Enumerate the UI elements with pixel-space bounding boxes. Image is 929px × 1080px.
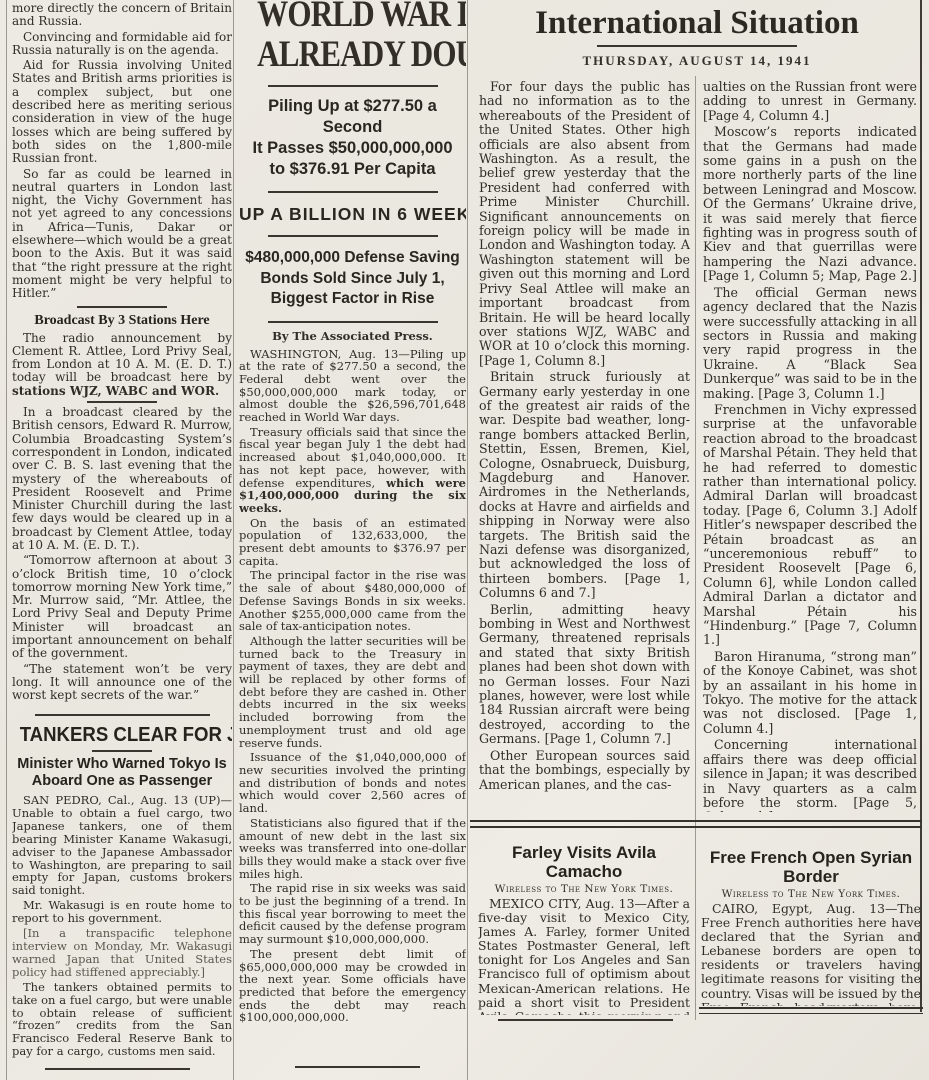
article-paragraph: The official German news agency declared… — [703, 286, 917, 401]
tankers-article: TANKERS CLEAR FOR JAPAN Minister Who War… — [12, 724, 232, 1066]
article-paragraph: Other European sources said that the bom… — [479, 749, 690, 792]
article-end-double-rule — [699, 1007, 923, 1014]
deck-line: $480,000,000 Defense Saving — [239, 248, 466, 269]
intl-left-column: For four days the public has had no info… — [479, 80, 690, 812]
deck-line: Piling Up at $277.50 a Second — [239, 96, 466, 138]
article-paragraph: [In a transpacific telephone interview o… — [12, 927, 232, 979]
headline-line: WORLD WAR DEBT — [257, 0, 448, 35]
newspaper-page: more directly the concern of Britain and… — [0, 0, 929, 1080]
article-paragraph: Britain struck furiously at Germany earl… — [479, 370, 690, 601]
deck-piling-up: Piling Up at $277.50 a Second It Passes … — [239, 96, 466, 180]
article-paragraph: Baron Hiranuma, “strong man” of the Kono… — [703, 650, 917, 736]
article-paragraph: “Tomorrow afternoon at about 3 o’clock B… — [12, 554, 232, 660]
wire-credit: Wireless to The New York Times. — [701, 888, 921, 900]
article-paragraph: The rapid rise in six weeks was said to … — [239, 882, 466, 946]
section-double-rule — [470, 820, 922, 828]
article-paragraph: Berlin, admitting heavy bombing in West … — [479, 603, 690, 747]
tankers-subhead: Minister Who Warned Tokyo Is Aboard One … — [12, 756, 232, 789]
article-end-rule — [35, 714, 210, 716]
article-paragraph: On the basis of an estimated population … — [239, 517, 466, 568]
article-end-rule — [295, 1066, 420, 1068]
paragraph-text-bold: stations WJZ, WABC and WOR. — [12, 384, 219, 398]
war-debt-article: WORLD WAR DEBT ALREADY DOUBLED Piling Up… — [239, 0, 466, 1062]
headline-rule — [92, 750, 152, 752]
deck-line: Bonds Sold Since July 1, — [239, 269, 466, 290]
column-1-article: more directly the concern of Britain and… — [12, 2, 232, 718]
deck-line: It Passes $50,000,000,000 — [239, 138, 466, 159]
deck-defense-bonds: $480,000,000 Defense Saving Bonds Sold S… — [239, 248, 466, 310]
article-paragraph: The principal factor in the rise was the… — [239, 569, 466, 633]
tankers-headline: TANKERS CLEAR FOR JAPAN — [20, 724, 225, 746]
subhead-broadcast-by-3-stations: Broadcast By 3 Stations Here — [12, 313, 232, 329]
section-rule — [268, 321, 438, 323]
article-paragraph: CAIRO, Egypt, Aug. 13—The Free French au… — [701, 902, 921, 1006]
article-end-rule — [498, 1019, 673, 1021]
column-divider-2 — [467, 0, 468, 1080]
article-paragraph: Treasury officials said that since the f… — [239, 426, 466, 515]
farley-article: Farley Visits Avila Camacho Wireless to … — [478, 843, 690, 1015]
article-paragraph: “The statement won’t be very long. It wi… — [12, 663, 232, 703]
war-debt-headline: WORLD WAR DEBT ALREADY DOUBLED — [239, 0, 466, 75]
deck-up-a-billion: UP A BILLION IN 6 WEEKS — [239, 204, 466, 224]
article-paragraph: Frenchmen in Vichy expressed surprise at… — [703, 403, 917, 648]
article-paragraph: Convincing and formidable aid for Russia… — [12, 31, 232, 58]
article-end-rule — [45, 1068, 190, 1070]
article-paragraph: The present debt limit of $65,000,000,00… — [239, 948, 466, 1024]
article-paragraph: The radio announcement by Clement R. Att… — [12, 332, 232, 398]
free-french-headline: Free French Open Syrian Border — [701, 848, 921, 886]
headline-rule — [597, 45, 797, 47]
section-rule — [268, 191, 438, 193]
farley-headline: Farley Visits Avila Camacho — [478, 843, 690, 881]
deck-line: to $376.91 Per Capita — [239, 159, 466, 180]
article-paragraph: The tankers obtained permits to take on … — [12, 981, 232, 1058]
wire-credit: Wireless to The New York Times. — [478, 883, 690, 895]
subhead-line: Aboard One as Passenger — [12, 773, 232, 790]
article-paragraph: SAN PEDRO, Cal., Aug. 13 (UP)—Unable to … — [12, 794, 232, 897]
article-paragraph: For four days the public has had no info… — [479, 80, 690, 368]
article-paragraph: Concerning international affairs there w… — [703, 738, 917, 812]
article-paragraph: more directly the concern of Britain and… — [12, 2, 232, 29]
section-rule — [77, 306, 167, 308]
deck-line: Biggest Factor in Rise — [239, 289, 466, 310]
article-paragraph: WASHINGTON, Aug. 13—Piling up at the rat… — [239, 348, 466, 424]
article-paragraph: Mr. Wakasugi is en route home to report … — [12, 899, 232, 925]
article-paragraph: Issuance of the $1,040,000,000 of new se… — [239, 751, 466, 815]
intl-right-column: ualties on the Russian front were adding… — [703, 80, 917, 812]
free-french-article: Free French Open Syrian Border Wireless … — [701, 848, 921, 1006]
paragraph-text: The radio announcement by Clement R. Att… — [12, 331, 232, 385]
article-paragraph: MEXICO CITY, Aug. 13—After a five-day vi… — [478, 897, 690, 1015]
column-divider-1 — [233, 0, 234, 1080]
headline-rule — [268, 85, 438, 87]
article-paragraph: Moscow’s reports indicated that the Germ… — [703, 125, 917, 283]
war-debt-body: WASHINGTON, Aug. 13—Piling up at the rat… — [239, 348, 466, 1025]
section-rule — [87, 401, 157, 403]
byline: By The Associated Press. — [239, 329, 466, 343]
international-situation-header: International Situation THURSDAY, AUGUST… — [472, 4, 922, 69]
subhead-line: Minister Who Warned Tokyo Is — [12, 756, 232, 773]
section-rule — [268, 235, 438, 237]
international-situation-headline: International Situation — [472, 4, 922, 42]
article-paragraph: So far as could be learned in neutral qu… — [12, 168, 232, 301]
dateline: THURSDAY, AUGUST 14, 1941 — [472, 53, 922, 69]
headline-line: ALREADY DOUBLED — [257, 35, 448, 75]
left-edge-rule — [6, 0, 7, 1080]
article-paragraph: ualties on the Russian front were adding… — [703, 80, 917, 123]
article-paragraph: In a broadcast cleared by the British ce… — [12, 406, 232, 552]
column-divider-3 — [695, 76, 696, 1020]
article-paragraph: Although the latter securities will be t… — [239, 635, 466, 749]
article-paragraph: Aid for Russia involving United States a… — [12, 59, 232, 165]
article-paragraph: Statisticians also figured that if the a… — [239, 817, 466, 881]
